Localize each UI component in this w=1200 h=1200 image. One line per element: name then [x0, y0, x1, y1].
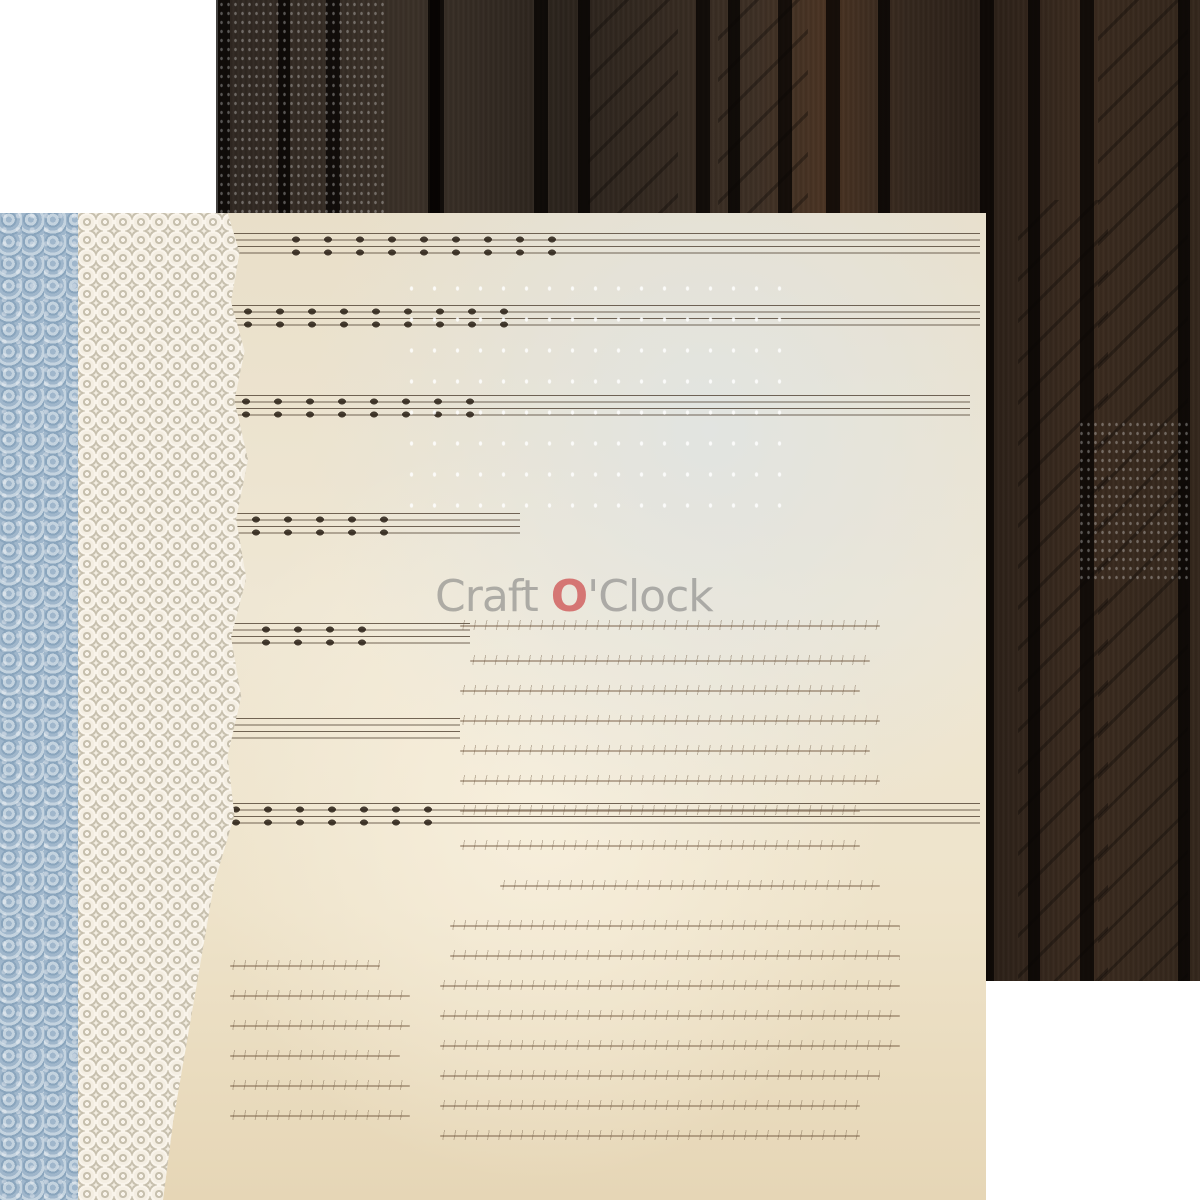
handwriting-line — [460, 780, 880, 782]
handwriting-line — [450, 925, 900, 927]
music-notes — [240, 513, 390, 539]
blue-lace-border — [0, 213, 82, 1200]
handwriting-line — [230, 1085, 410, 1087]
handwriting-line — [230, 1115, 410, 1117]
speckle-texture — [1078, 420, 1188, 580]
handwriting-line — [440, 985, 900, 987]
handwriting-line — [460, 810, 860, 812]
chevron-pattern — [1018, 200, 1108, 981]
handwriting-line — [450, 955, 900, 957]
handwriting-line — [460, 720, 880, 722]
handwriting-line — [460, 750, 870, 752]
handwriting-line — [230, 1025, 410, 1027]
handwriting-line — [440, 1105, 860, 1107]
handwriting-line — [440, 1075, 880, 1077]
handwriting-line — [460, 690, 860, 692]
white-splatter — [400, 273, 800, 533]
handwriting-line — [440, 1015, 900, 1017]
speckle-texture — [218, 0, 388, 213]
craft-oclock-watermark: Craft O'Clock — [435, 571, 713, 622]
handwriting-line — [440, 1135, 860, 1137]
cream-lace-border — [78, 213, 248, 1200]
handwriting-line — [440, 1045, 900, 1047]
music-notes — [280, 233, 580, 259]
handwriting-line — [460, 845, 860, 847]
music-notes — [250, 623, 370, 649]
handwriting-line — [470, 660, 870, 662]
handwriting-line — [230, 965, 380, 967]
handwriting-line — [230, 1055, 400, 1057]
handwriting-line — [230, 995, 410, 997]
vintage-music-paper-sheet: Craft O'Clock — [0, 213, 986, 1200]
handwriting-line — [460, 625, 880, 627]
music-notes — [220, 803, 440, 829]
music-staff — [200, 718, 460, 744]
handwriting-line — [500, 885, 880, 887]
